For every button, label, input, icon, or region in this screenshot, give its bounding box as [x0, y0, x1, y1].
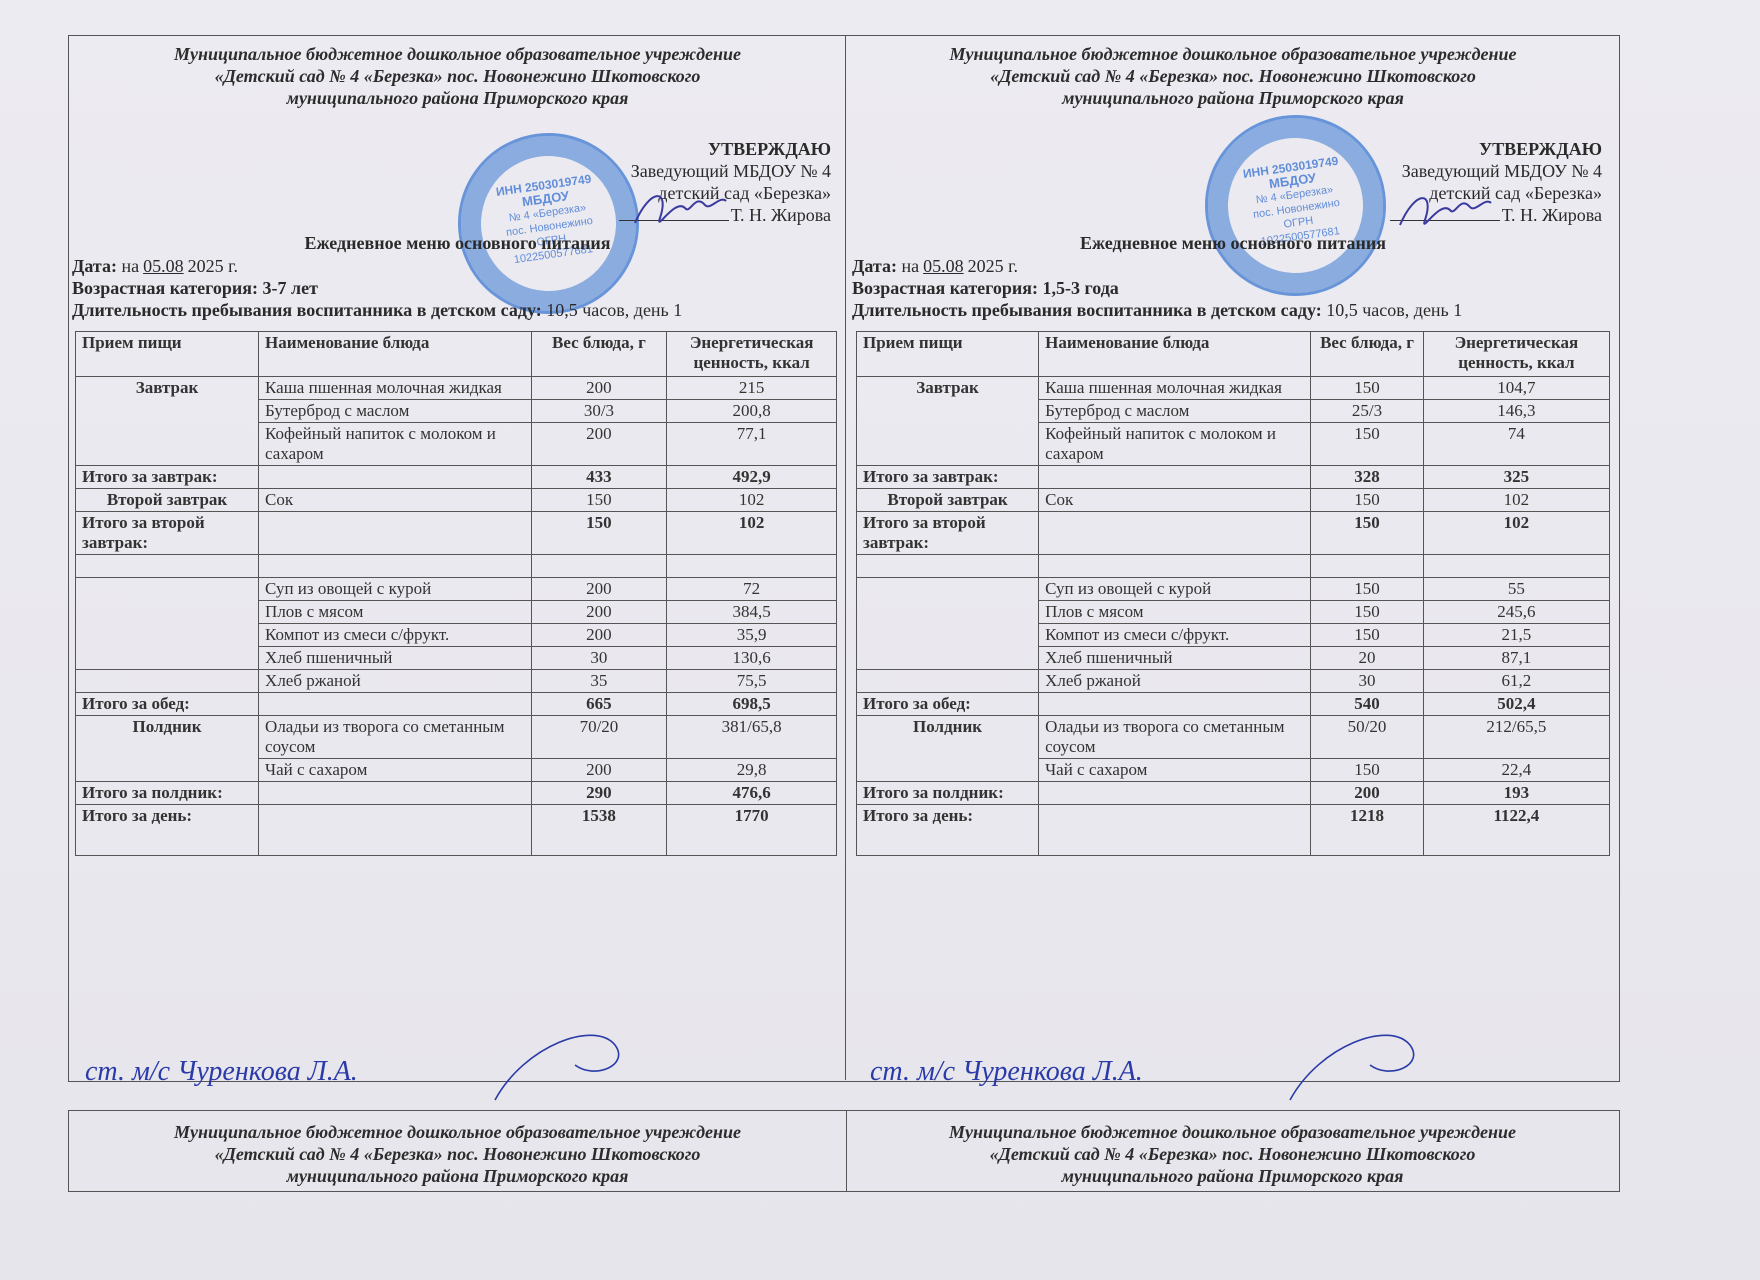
org-header: Муниципальное бюджетное дошкольное образ… [69, 1121, 846, 1187]
table-row-day-total: Итого за день:12181122,4 [857, 805, 1610, 856]
table-row: Второй завтракСок150102 [857, 489, 1610, 512]
org-header: Муниципальное бюджетное дошкольное образ… [70, 43, 845, 109]
org-header: Муниципальное бюджетное дошкольное образ… [850, 43, 1616, 109]
table-row-total: Итого за полдник:200193 [857, 782, 1610, 805]
table-row-total: Итого за обед:665698,5 [76, 693, 837, 716]
next-page-header: Муниципальное бюджетное дошкольное образ… [68, 1110, 1620, 1192]
table-row: Суп из овощей с курой20072 [76, 578, 837, 601]
table-row-total: Итого за завтрак:433492,9 [76, 466, 837, 489]
nurse-signature-icon: ст. м/с Чуренкова Л.А. [860, 1025, 1480, 1105]
menu-table: Прием пищи Наименование блюда Вес блюда,… [856, 331, 1610, 856]
menu-panel-3-7: Муниципальное бюджетное дошкольное образ… [70, 35, 845, 1080]
table-row-total: Итого за второй завтрак:150102 [857, 512, 1610, 555]
table-row: Суп из овощей с курой15055 [857, 578, 1610, 601]
table-row-day-total: Итого за день:15381770 [76, 805, 837, 856]
menu-title: Ежедневное меню основного питания [850, 233, 1616, 254]
menu-meta: Дата: на05.082025 г. Возрастная категори… [72, 255, 682, 321]
table-row: ЗавтракКаша пшенная молочная жидкая15010… [857, 377, 1610, 400]
menu-panel-1-5-3: Муниципальное бюджетное дошкольное образ… [850, 35, 1616, 1080]
table-row-total: Итого за обед:540502,4 [857, 693, 1610, 716]
table-row-total: Итого за второй завтрак:150102 [76, 512, 837, 555]
nurse-signature-icon: ст. м/с Чуренкова Л.А. [75, 1025, 695, 1105]
table-row: ЗавтракКаша пшенная молочная жидкая20021… [76, 377, 837, 400]
svg-text:ст. м/с Чуренкова Л.А.: ст. м/с Чуренкова Л.А. [870, 1056, 1143, 1087]
table-row: Хлеб ржаной3061,2 [857, 670, 1610, 693]
column-divider [845, 35, 846, 1080]
table-row [76, 555, 837, 578]
org-header: Муниципальное бюджетное дошкольное образ… [846, 1121, 1619, 1187]
menu-meta: Дата: на05.082025 г. Возрастная категори… [852, 255, 1462, 321]
table-row [857, 555, 1610, 578]
menu-table: Прием пищи Наименование блюда Вес блюда,… [75, 331, 837, 856]
table-row: Хлеб ржаной3575,5 [76, 670, 837, 693]
svg-text:ст. м/с Чуренкова Л.А.: ст. м/с Чуренкова Л.А. [85, 1056, 358, 1087]
table-row-total: Итого за полдник:290476,6 [76, 782, 837, 805]
table-row: Второй завтракСок150102 [76, 489, 837, 512]
table-row-total: Итого за завтрак:328325 [857, 466, 1610, 489]
table-row: ПолдникОладьи из творога со сметанным со… [76, 716, 837, 759]
table-row: ПолдникОладьи из творога со сметанным со… [857, 716, 1610, 759]
menu-title: Ежедневное меню основного питания [70, 233, 845, 254]
